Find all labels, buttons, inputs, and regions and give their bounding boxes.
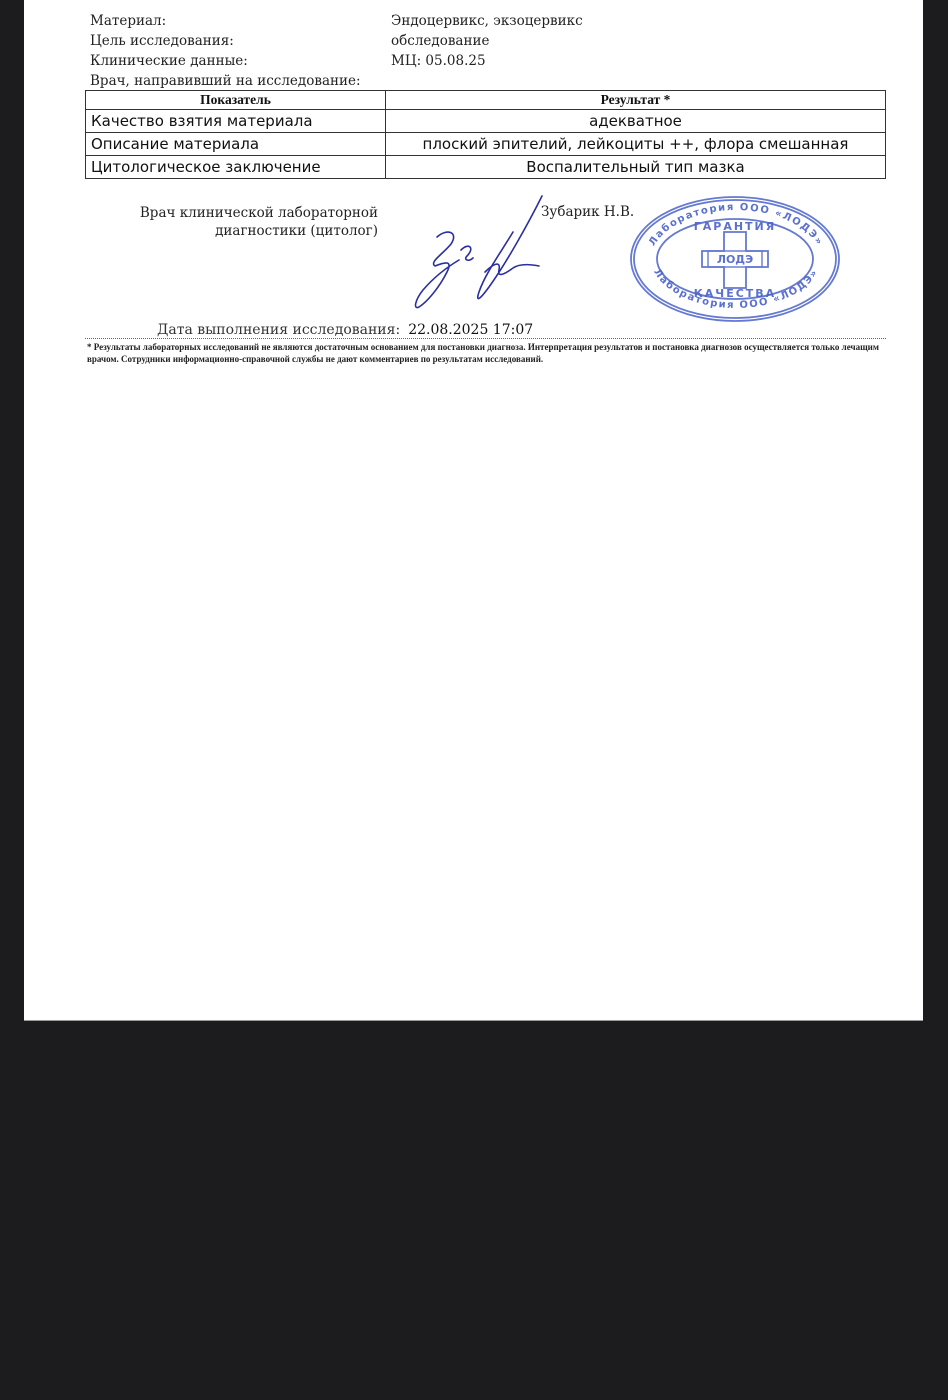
result-cell: адекватное (386, 110, 886, 133)
doctor-title-line2: диагностики (цитолог) (134, 222, 378, 240)
meta-value: МЦ: 05.08.25 (391, 51, 486, 71)
doctor-name: Зубарик Н.В. (541, 204, 634, 220)
meta-value: Эндоцервикс, экзоцервикс (391, 11, 583, 31)
svg-text:ЛОДЭ: ЛОДЭ (717, 253, 753, 266)
table-row: Цитологическое заключение Воспалительный… (86, 156, 886, 179)
stamp-icon: Лаборатория ООО «ЛОДЭ» Лаборатория ООО «… (628, 194, 842, 324)
result-cell: плоский эпителий, лейкоциты ++, флора см… (386, 133, 886, 156)
meta-value: обследование (391, 31, 489, 51)
indicator-cell: Цитологическое заключение (86, 156, 386, 179)
indicator-cell: Качество взятия материала (86, 110, 386, 133)
table-row: Описание материала плоский эпителий, лей… (86, 133, 886, 156)
doctor-title-line1: Врач клинической лабораторной (134, 204, 378, 222)
completion-date-value: 22.08.2025 17:07 (408, 322, 533, 338)
divider (85, 338, 886, 339)
svg-text:КАЧЕСТВА: КАЧЕСТВА (694, 287, 776, 300)
doctor-title: Врач клинической лабораторной диагностик… (134, 204, 378, 240)
completion-date-line: Дата выполнения исследования:22.08.2025 … (157, 322, 533, 338)
column-header-result: Результат * (386, 91, 886, 110)
result-cell: Воспалительный тип мазка (386, 156, 886, 179)
indicator-cell: Описание материала (86, 133, 386, 156)
footnote: * Результаты лабораторных исследований н… (87, 342, 887, 365)
meta-label: Клинические данные: (90, 51, 248, 71)
table-header-row: Показатель Результат * (86, 91, 886, 110)
table-row: Качество взятия материала адекватное (86, 110, 886, 133)
results-table: Показатель Результат * Качество взятия м… (85, 90, 886, 179)
svg-text:ГАРАНТИЯ: ГАРАНТИЯ (694, 220, 776, 233)
meta-label: Материал: (90, 11, 166, 31)
document-page: Материал: Эндоцервикс, экзоцервикс Цель … (24, 0, 923, 1020)
meta-label: Цель исследования: (90, 31, 234, 51)
completion-date-label: Дата выполнения исследования: (157, 322, 400, 338)
column-header-indicator: Показатель (86, 91, 386, 110)
signature-icon (389, 192, 549, 317)
meta-label: Врач, направивший на исследование: (90, 71, 361, 91)
